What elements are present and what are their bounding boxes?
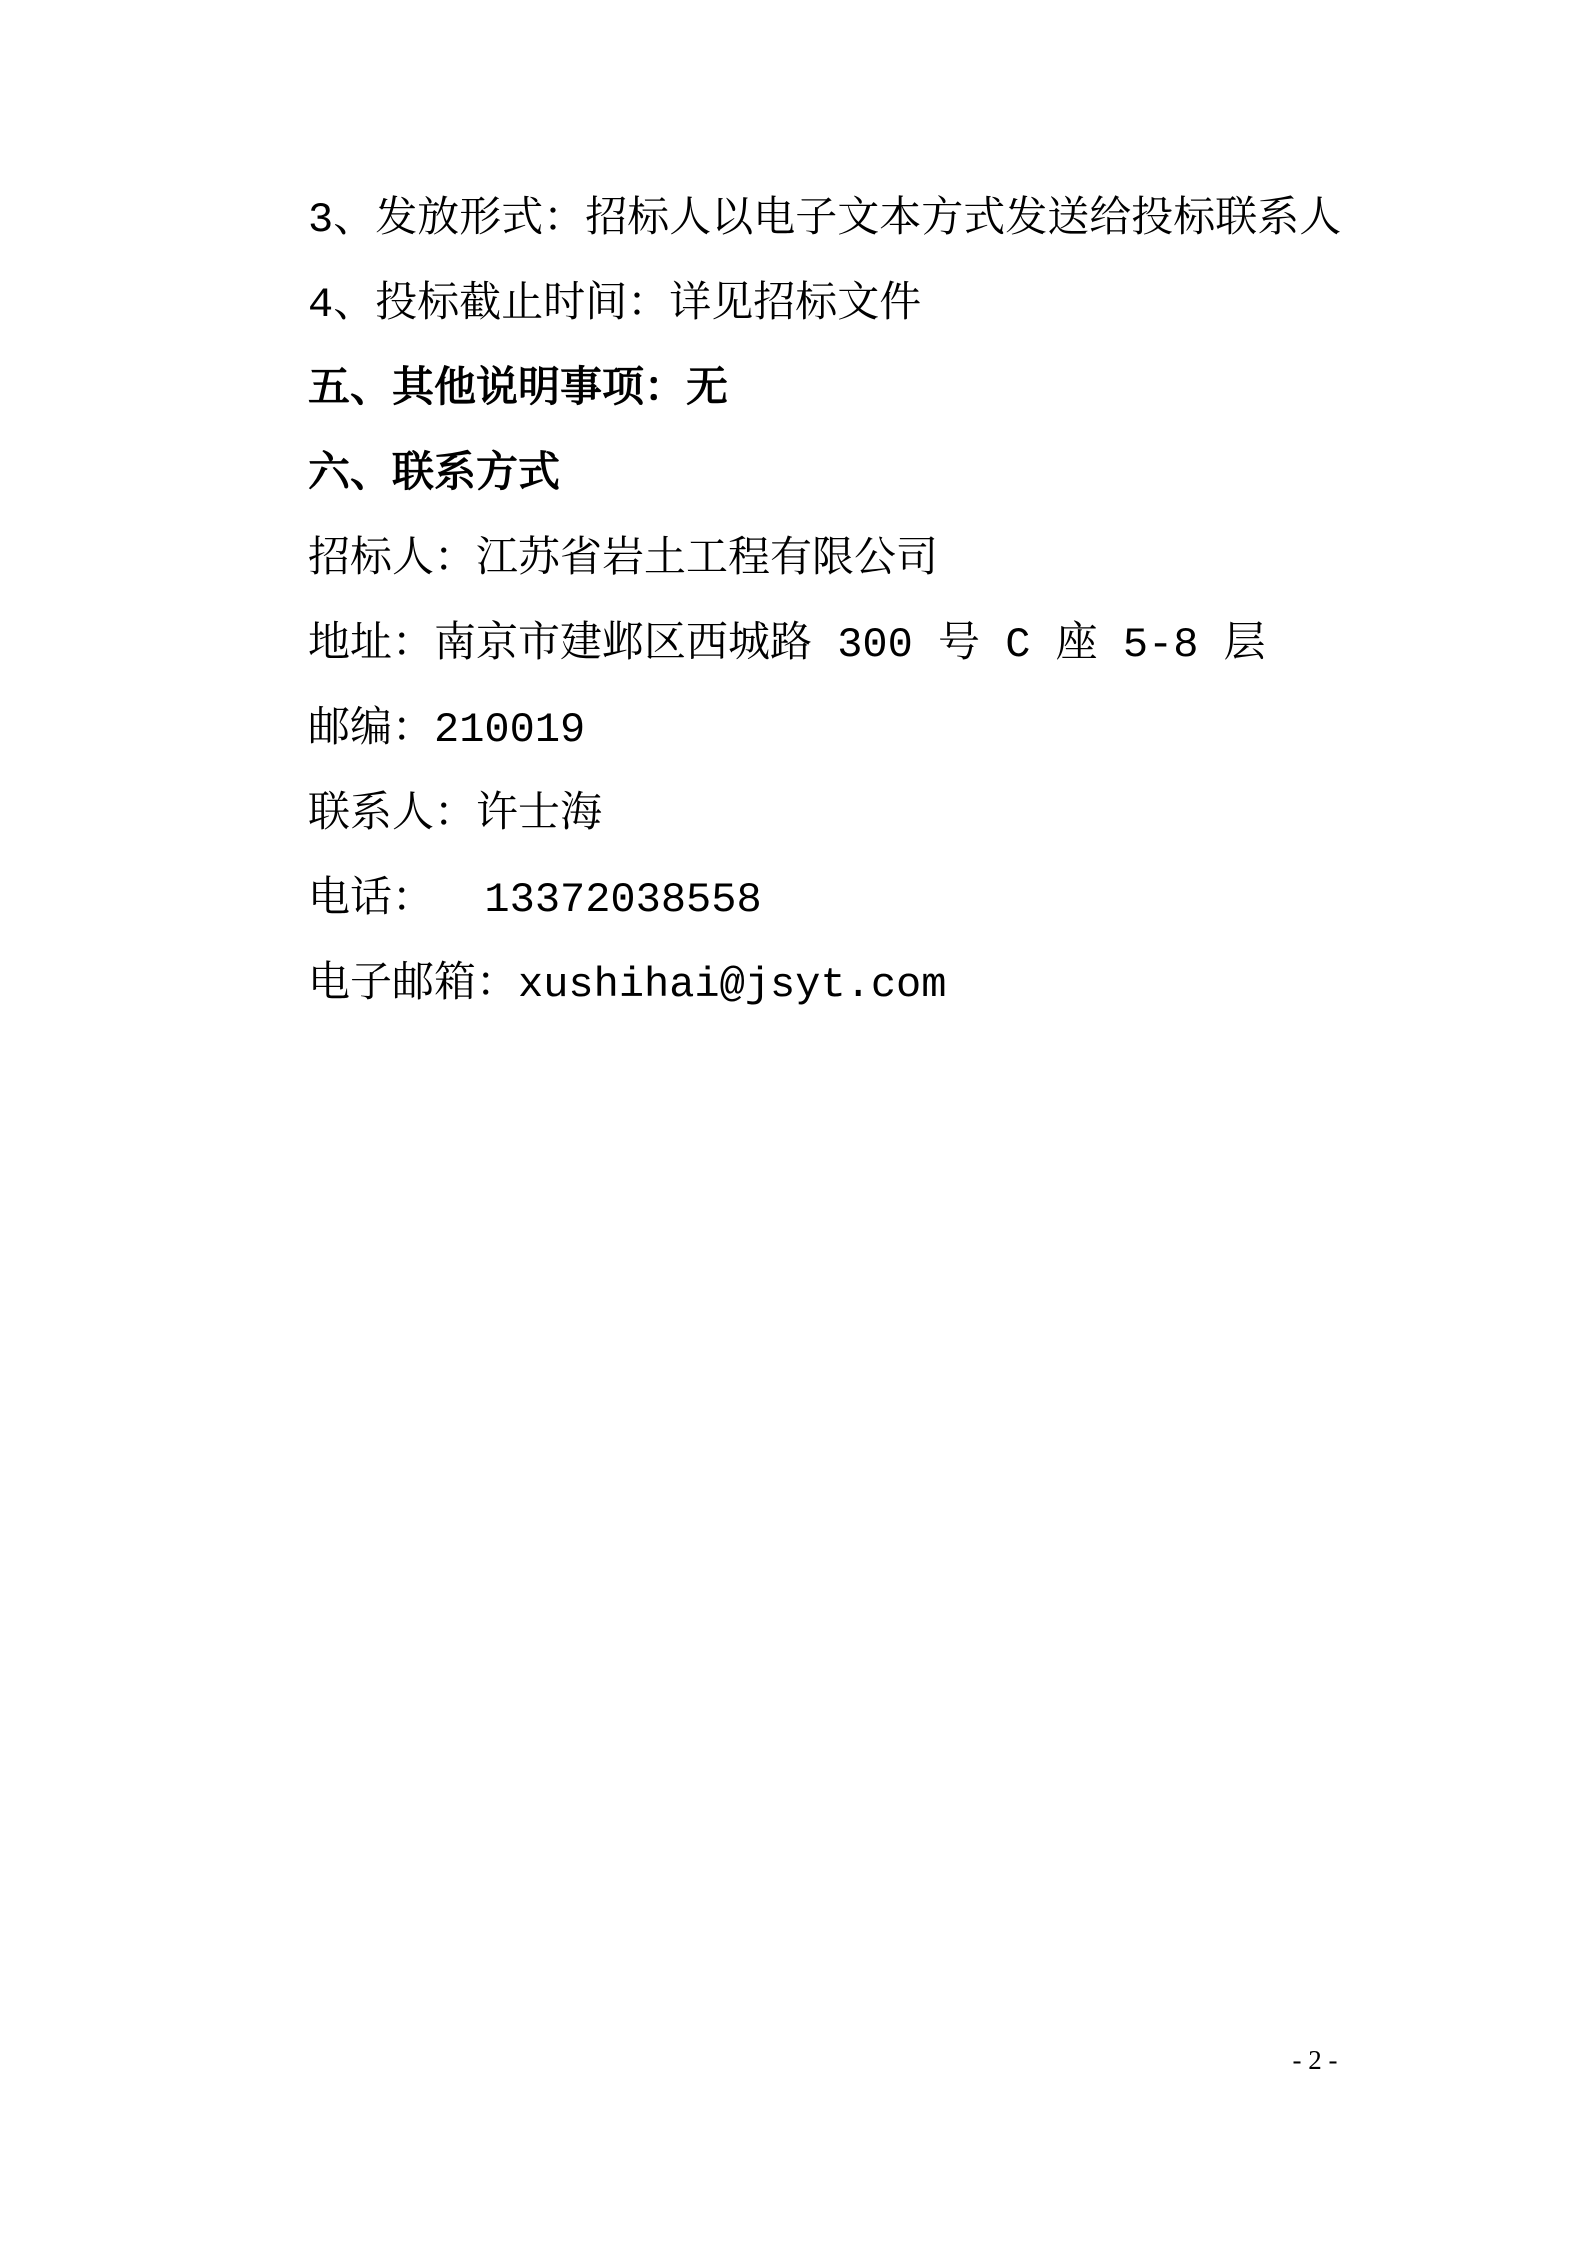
para-bid-deadline: 4、投标截止时间：详见招标文件	[308, 281, 1367, 329]
heading-other-notes: 五、其他说明事项：无	[308, 366, 1367, 414]
para-postcode: 邮编：210019	[308, 706, 1367, 754]
page-number: - 2 -	[1270, 2044, 1360, 2076]
para-email: 电子邮箱：xushihai@jsyt.com	[308, 961, 1367, 1009]
para-phone: 电话： 13372038558	[308, 876, 1367, 924]
heading-contact-info: 六、联系方式	[308, 451, 1367, 499]
document-body: 3、发放形式：招标人以电子文本方式发送给投标联系人 4、投标截止时间：详见招标文…	[308, 196, 1367, 1046]
para-contact-person: 联系人：许士海	[308, 791, 1367, 839]
para-tenderer: 招标人：江苏省岩土工程有限公司	[308, 536, 1367, 584]
document-page: 3、发放形式：招标人以电子文本方式发送给投标联系人 4、投标截止时间：详见招标文…	[0, 0, 1587, 2245]
para-distribution-method: 3、发放形式：招标人以电子文本方式发送给投标联系人	[308, 196, 1367, 244]
para-address: 地址：南京市建邺区西城路 300 号 C 座 5-8 层	[308, 621, 1367, 669]
